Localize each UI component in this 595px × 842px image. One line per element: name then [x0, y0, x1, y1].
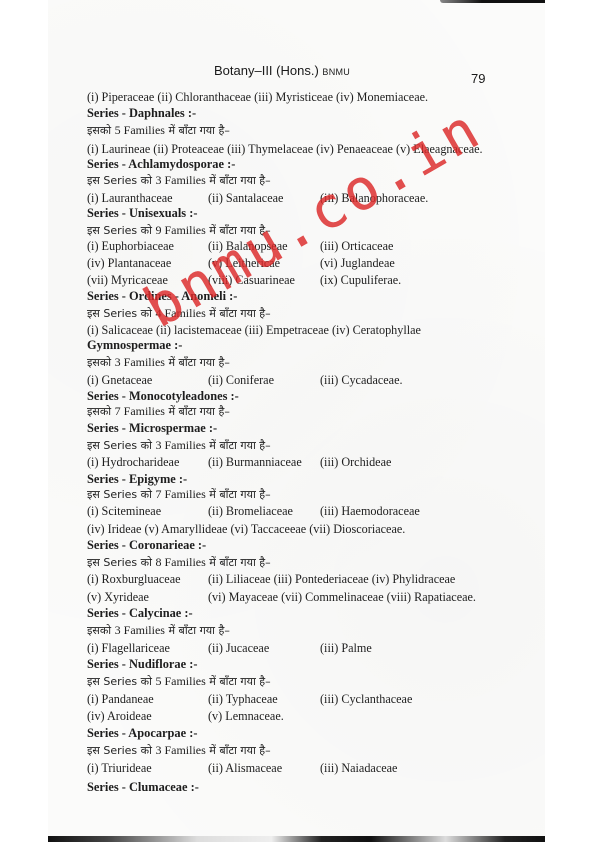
- family-count: 3 Families: [115, 355, 165, 369]
- family-count: 3 Families: [155, 438, 205, 452]
- series-heading: Series - Nudiflorae :-: [87, 656, 197, 672]
- family-item: (ii) Jucaceae: [208, 640, 269, 656]
- statement-prefix: इसको: [87, 356, 115, 369]
- family-list-row: (i) Scitemineae(ii) Bromeliaceae(iii) Ha…: [87, 503, 507, 519]
- scan-shadow-bottom: [48, 836, 545, 842]
- family-list-row: (i) Hydrocharideae(ii) Burmanniaceae(iii…: [87, 454, 507, 470]
- division-statement: इस Series को 9 Families में बाँटा गया है…: [87, 222, 271, 239]
- family-list-row: (i) Lauranthaceae(ii) Santalaceae(iii) B…: [87, 190, 507, 206]
- division-statement: इस Series को 7 Families में बाँटा गया है…: [87, 486, 271, 503]
- family-item: (iii) Orticaceae: [320, 238, 393, 254]
- family-count: 3 Families: [155, 743, 205, 757]
- family-list-line: (i) Piperaceae (ii) Chloranthaceae (iii)…: [87, 89, 428, 105]
- series-heading: Gymnospermae :-: [87, 337, 182, 353]
- family-list-line: (i) Laurineae (ii) Proteaceae (iii) Thym…: [87, 141, 483, 157]
- family-item: (vii) Myricaceae: [87, 272, 168, 288]
- statement-suffix: में बाँटा गया है–: [206, 174, 271, 187]
- family-item: (v) Xyrideae: [87, 589, 149, 605]
- family-count: 7 Families: [115, 404, 165, 418]
- statement-suffix: में बाँटा गया है–: [206, 744, 271, 757]
- family-list-row: (v) Xyrideae(vi) Mayaceae (vii) Commelin…: [87, 589, 507, 605]
- statement-suffix: में बाँटा गया है–: [206, 488, 271, 501]
- series-heading: Series - Apocarpae :-: [87, 725, 197, 741]
- family-item: (i) Pandaneae: [87, 691, 154, 707]
- family-list-row: (i) Euphorbiaceae(ii) Balanopseae(iii) O…: [87, 238, 507, 254]
- series-heading: Series - Ordines - Anomeli :-: [87, 288, 237, 304]
- family-item: (i) Lauranthaceae: [87, 190, 173, 206]
- family-item: (viii) Casuarineae: [208, 272, 295, 288]
- division-statement: इसको 5 Families में बाँटा गया है–: [87, 122, 230, 139]
- family-list-line: (iv) Irideae (v) Amaryllideae (vi) Tacca…: [87, 521, 405, 537]
- family-item: (iii) Orchideae: [320, 454, 391, 470]
- family-list-row: (i) Pandaneae(ii) Typhaceae(iii) Cyclant…: [87, 691, 507, 707]
- series-heading: Series - Epigyme :-: [87, 471, 187, 487]
- statement-prefix: इसको: [87, 405, 115, 418]
- family-list-row: (vii) Myricaceae(viii) Casuarineae(ix) C…: [87, 272, 507, 288]
- statement-suffix: में बाँटा गया है–: [206, 224, 271, 237]
- division-statement: इसको 3 Families में बाँटा गया है–: [87, 354, 230, 371]
- family-item: (iii) Haemodoraceae: [320, 503, 420, 519]
- division-statement: इस Series को 3 Families में बाँटा गया है…: [87, 172, 271, 189]
- running-header: Botany–III (Hons.) BNMU: [214, 63, 350, 78]
- family-item: (v) Lemnaceae.: [208, 708, 284, 724]
- statement-prefix: इस Series को: [87, 744, 155, 757]
- family-item: (i) Gnetaceae: [87, 372, 152, 388]
- family-item: (v) Leithericae: [208, 255, 280, 271]
- division-statement: इस Series को 5 Families में बाँटा गया है…: [87, 673, 271, 690]
- family-count: 5 Families: [155, 674, 205, 688]
- statement-prefix: इस Series को: [87, 307, 155, 320]
- family-item: (iii) Palme: [320, 640, 372, 656]
- family-item: (iv) Aroideae: [87, 708, 152, 724]
- family-count: 5 Families: [115, 123, 165, 137]
- series-heading: Series - Calycinae :-: [87, 605, 193, 621]
- family-count: 7 Families: [155, 487, 205, 501]
- statement-prefix: इस Series को: [87, 488, 155, 501]
- statement-prefix: इस Series को: [87, 174, 155, 187]
- family-item: (ii) Alismaceae: [208, 760, 282, 776]
- family-item: (ii) Coniferae: [208, 372, 274, 388]
- family-list-row: (i) Triurideae(ii) Alismaceae(iii) Naiad…: [87, 760, 507, 776]
- header-university: BNMU: [322, 67, 350, 77]
- statement-prefix: इस Series को: [87, 439, 155, 452]
- family-item: (iii) Balanophoraceae.: [320, 190, 428, 206]
- series-heading: Series - Monocotyleadones :-: [87, 388, 239, 404]
- division-statement: इस Series को 3 Families में बाँटा गया है…: [87, 437, 271, 454]
- family-count: 9 Families: [155, 223, 205, 237]
- header-title: Botany–III (Hons.): [214, 63, 319, 78]
- statement-suffix: में बाँटा गया है–: [206, 556, 271, 569]
- family-list-row: (iv) Plantanaceae(v) Leithericae(vi) Jug…: [87, 255, 507, 271]
- statement-suffix: में बाँटा गया है–: [165, 624, 230, 637]
- statement-suffix: में बाँटा गया है–: [206, 439, 271, 452]
- family-item: (ii) Burmanniaceae: [208, 454, 302, 470]
- family-item: (ix) Cupuliferae.: [320, 272, 401, 288]
- statement-suffix: में बाँटा गया है–: [165, 356, 230, 369]
- family-list-row: (i) Roxburgluaceae(ii) Liliaceae (iii) P…: [87, 571, 507, 587]
- statement-prefix: इसको: [87, 624, 115, 637]
- family-item: (ii) Santalaceae: [208, 190, 283, 206]
- series-heading: Series - Microspermae :-: [87, 420, 217, 436]
- division-statement: इस Series को 3 Families में बाँटा गया है…: [87, 742, 271, 759]
- family-list-line: (i) Salicaceae (ii) lacistemaceae (iii) …: [87, 322, 421, 338]
- series-heading: Series - Achlamydosporae :-: [87, 156, 235, 172]
- series-heading: Series - Unisexuals :-: [87, 205, 197, 221]
- series-heading: Series - Daphnales :-: [87, 105, 196, 121]
- family-item: (i) Euphorbiaceae: [87, 238, 174, 254]
- family-item: (ii) Bromeliaceae: [208, 503, 293, 519]
- statement-prefix: इस Series को: [87, 675, 155, 688]
- division-statement: इस Series को 4 Families में बाँटा गया है…: [87, 305, 271, 322]
- family-item: (iii) Naiadaceae: [320, 760, 397, 776]
- family-item: (i) Flagellariceae: [87, 640, 170, 656]
- family-item: (vi) Mayaceae (vii) Commelinaceae (viii)…: [208, 589, 476, 605]
- family-item: (ii) Liliaceae (iii) Pontederiaceae (iv)…: [208, 571, 455, 587]
- division-statement: इसको 7 Families में बाँटा गया है–: [87, 403, 230, 420]
- family-item: (i) Scitemineae: [87, 503, 161, 519]
- family-list-row: (i) Flagellariceae(ii) Jucaceae(iii) Pal…: [87, 640, 507, 656]
- statement-suffix: में बाँटा गया है–: [206, 307, 271, 320]
- family-count: 3 Families: [115, 623, 165, 637]
- family-item: (iv) Plantanaceae: [87, 255, 171, 271]
- statement-suffix: में बाँटा गया है–: [165, 124, 230, 137]
- family-count: 8 Families: [155, 555, 205, 569]
- family-item: (iii) Cyclanthaceae: [320, 691, 412, 707]
- page-number: 79: [471, 71, 485, 86]
- family-item: (iii) Cycadaceae.: [320, 372, 403, 388]
- series-heading: Series - Coronarieae :-: [87, 537, 206, 553]
- family-item: (ii) Balanopseae: [208, 238, 288, 254]
- family-item: (i) Hydrocharideae: [87, 454, 179, 470]
- family-count: 4 Families: [155, 306, 205, 320]
- family-count: 3 Families: [155, 173, 205, 187]
- family-list-row: (i) Gnetaceae(ii) Coniferae(iii) Cycadac…: [87, 372, 507, 388]
- statement-suffix: में बाँटा गया है–: [165, 405, 230, 418]
- scan-shadow-top: [440, 0, 545, 3]
- family-item: (vi) Juglandeae: [320, 255, 395, 271]
- family-item: (ii) Typhaceae: [208, 691, 278, 707]
- family-item: (i) Triurideae: [87, 760, 152, 776]
- family-list-row: (iv) Aroideae(v) Lemnaceae.: [87, 708, 507, 724]
- division-statement: इसको 3 Families में बाँटा गया है–: [87, 622, 230, 639]
- series-heading: Series - Clumaceae :-: [87, 779, 199, 795]
- statement-prefix: इस Series को: [87, 556, 155, 569]
- statement-suffix: में बाँटा गया है–: [206, 675, 271, 688]
- division-statement: इस Series को 8 Families में बाँटा गया है…: [87, 554, 271, 571]
- family-item: (i) Roxburgluaceae: [87, 571, 181, 587]
- statement-prefix: इस Series को: [87, 224, 155, 237]
- statement-prefix: इसको: [87, 124, 115, 137]
